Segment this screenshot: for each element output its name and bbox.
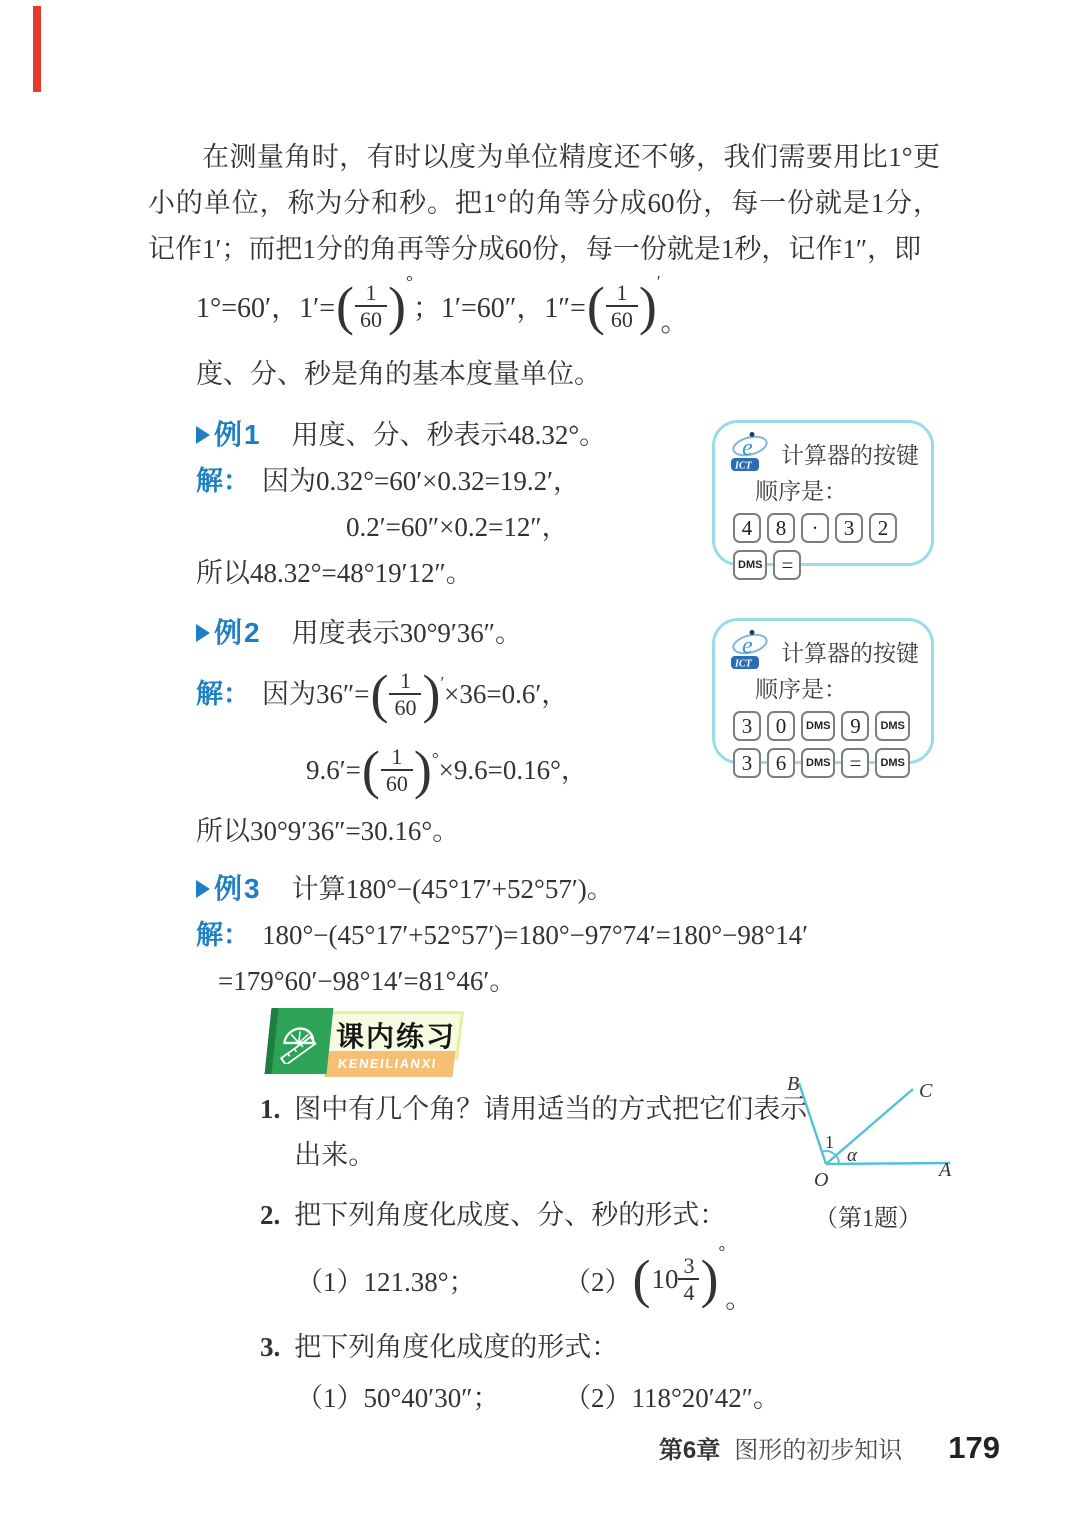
svg-text:e: e [742,435,753,461]
degree-superscript: ° [432,736,439,782]
problem-1-text: 图中有几个角？请用适当的方式把它们表示出来。 [294,1086,830,1178]
calc-key-dms: DMS [801,748,835,778]
practice-banner: KENEILIANXI 课内练习 [266,1006,476,1080]
degree-minute-second-formula: 1°=60′，1′= ( 1 60 ) ° ；1′=60″，1″= ( 1 60… [196,268,689,344]
calc-2-key-row-1: 3 0 DMS 9 DMS [733,711,921,741]
calc-key: 8 [767,513,795,543]
example-marker-icon [196,426,210,444]
example-3-label: 例3 [214,866,262,912]
problem-2: 2. 把下列角度化成度、分、秒的形式： [260,1192,830,1238]
calc-key: · [801,513,829,543]
point-label-C: C [919,1080,933,1102]
ray-OC [826,1089,913,1164]
calc-key: = [773,550,801,580]
example-2-label: 例2 [214,610,262,656]
footer-chapter: 第6章 [659,1430,720,1465]
calc-key: 2 [869,513,897,543]
open-paren: ( [362,746,380,795]
fraction-1-60: 1 60 [389,668,421,721]
figure-caption: （第1题） [793,1198,943,1233]
solution-label: 解： [196,671,250,717]
calc-key: 4 [733,513,761,543]
open-paren: ( [370,670,388,719]
textbook-page: 在测量角时，有时以度为单位精度还不够，我们需要用比1°更小的单位，称为分和秒。把… [0,0,1080,1528]
point-label-B: B [787,1073,799,1095]
intro-text: 在测量角时，有时以度为单位精度还不够，我们需要用比1°更小的单位，称为分和秒。把… [148,134,940,272]
close-paren: ) [388,282,406,331]
close-paren: ) [422,670,440,719]
protractor-icon [274,1018,325,1064]
ict-icon: e ICT [729,431,773,477]
problem-2-item-2-prefix: （2） [564,1260,632,1299]
footer-section-title: 图形的初步知识 [734,1430,902,1465]
problem-2-item-2-end: 。 [725,1277,752,1316]
example-1-solution-line-1: 解： 因为0.32°=60′×0.32=19.2′， [196,458,736,504]
example-1-solution-line-2: 0.2′=60″×0.2=12″， [196,504,736,550]
problem-3-item-2: （2）118°20′42″。 [564,1376,780,1415]
calc-1-key-row-2: DMS = [733,550,921,580]
example-marker-icon [196,880,210,898]
point-label-A: A [937,1159,952,1181]
calc-key: 3 [733,711,761,741]
calc-key: 9 [841,711,869,741]
units-sentence: 度、分、秒是角的基本度量单位。 [196,352,601,391]
example-2-solution-line-1: 解： 因为36″= ( 1 60 ) ′ ×36=0.6′， [196,656,736,732]
example-1-solution-line-3: 所以48.32°=48°19′12″。 [196,550,736,596]
problem-1: 1. 图中有几个角？请用适当的方式把它们表示出来。 [260,1086,830,1178]
example-marker-icon [196,624,210,642]
problem-3-text: 把下列角度化成度的形式： [294,1324,618,1370]
ray-OA [826,1163,950,1164]
degree-superscript: ° [406,272,413,292]
calc-heading-1: 计算器的按键 [781,437,919,470]
calc-key: 3 [733,748,761,778]
problem-2-subitems: （1）121.38°； （2） ( 10 3 4 ) ° 。 [296,1238,830,1320]
fraction-3-4: 3 4 [678,1253,699,1306]
problem-2-item-1: （1）121.38°； [296,1260,564,1299]
calc-key-dms: DMS [733,550,767,580]
svg-text:ICT: ICT [734,659,753,670]
formula-seg3: 。 [661,300,689,340]
example-2: 例2 用度表示30°9′36″。 解： 因为36″= ( 1 60 ) ′ ×3… [196,610,736,854]
example-3-title-line: 例3 计算180°−(45°17′+52°57′)。 [196,866,966,912]
example-1-label: 例1 [214,412,262,458]
example-1: 例1 用度、分、秒表示48.32°。 解： 因为0.32°=60′×0.32=1… [196,412,736,596]
calculator-hint-box-2: e ICT 计算器的按键 顺序是： 3 0 DMS 9 DMS 3 6 DMS … [712,618,934,764]
example-3-solution-line-2: =179°60′−98°14′=81°46′。 [196,958,966,1004]
svg-text:e: e [742,633,753,659]
solution-label: 解： [196,912,250,958]
calc-key: = [841,748,869,778]
problem-2-text: 把下列角度化成度、分、秒的形式： [294,1192,726,1238]
angle-label-alpha: α [847,1145,858,1166]
practice-problems: 1. 图中有几个角？请用适当的方式把它们表示出来。 2. 把下列角度化成度、分、… [260,1086,830,1420]
svg-text:ICT: ICT [734,461,753,472]
calc-key-dms: DMS [875,711,909,741]
example-2-solution-line-2: 9.6′= ( 1 60 ) ° ×9.6=0.16°， [196,732,736,808]
example-3-title: 计算180°−(45°17′+52°57′)。 [292,866,614,912]
problem-1-number: 1. [260,1086,280,1132]
intro-paragraph: 在测量角时，有时以度为单位精度还不够，我们需要用比1°更小的单位，称为分和秒。把… [148,134,940,272]
problem-2-number: 2. [260,1192,280,1238]
problem-3: 3. 把下列角度化成度的形式： [260,1324,830,1370]
angle-label-1: 1 [825,1132,834,1152]
degree-superscript: ° [718,1242,725,1262]
close-paren: ) [700,1255,718,1304]
example-3-solution-line-1: 解： 180°−(45°17′+52°57′)=180°−97°74′=180°… [196,912,966,958]
calculator-hint-box-1: e ICT 计算器的按键 顺序是： 4 8 · 3 2 DMS = [712,420,934,566]
calc-heading-2: 顺序是： [755,671,921,704]
formula-seg1: 1°=60′，1′= [196,286,335,326]
calc-heading-2: 顺序是： [755,473,921,506]
example-1-title: 用度、分、秒表示48.32°。 [292,412,607,458]
banner-green-block [265,1008,334,1074]
open-paren: ( [336,282,354,331]
solution-label: 解： [196,458,250,504]
fraction-1-60: 1 60 [606,280,638,333]
footer-page-number: 179 [948,1430,1000,1466]
problem-3-number: 3. [260,1324,280,1370]
calc-box-2-header: e ICT 计算器的按键 [729,629,921,675]
open-paren: ( [633,1255,651,1304]
example-2-solution-line-3: 所以30°9′36″=30.16°。 [196,808,736,854]
problem-3-subitems: （1）50°40′30″； （2）118°20′42″。 [296,1370,830,1420]
angle-figure: B C A O 1 α [783,1070,995,1202]
close-paren: ) [639,282,657,331]
calc-key: 3 [835,513,863,543]
calc-1-key-row-1: 4 8 · 3 2 [733,513,921,543]
minute-superscript: ′ [440,660,444,706]
formula-seg2: ；1′=60″，1″= [413,286,586,326]
example-2-title: 用度表示30°9′36″。 [292,610,522,656]
calc-key: 0 [767,711,795,741]
point-label-O: O [814,1169,828,1191]
calc-key: 6 [767,748,795,778]
open-paren: ( [587,282,605,331]
ict-icon: e ICT [729,629,773,675]
mixed-number-whole: 10 [651,1264,678,1295]
problem-3-item-1: （1）50°40′30″； [296,1376,564,1415]
minute-superscript: ′ [657,272,661,292]
fraction-1-60: 1 60 [381,744,413,797]
calc-key-dms: DMS [875,748,909,778]
practice-banner-title: 课内练习 [336,1015,456,1055]
calc-box-1-header: e ICT 计算器的按键 [729,431,921,477]
example-2-title-line: 例2 用度表示30°9′36″。 [196,610,736,656]
calc-2-key-row-2: 3 6 DMS = DMS [733,748,921,778]
page-footer: 第6章 图形的初步知识 179 [659,1430,1000,1466]
example-3: 例3 计算180°−(45°17′+52°57′)。 解： 180°−(45°1… [196,866,966,1004]
fraction-1-60: 1 60 [355,280,387,333]
close-paren: ) [414,746,432,795]
calc-heading-1: 计算器的按键 [781,635,919,668]
calc-key-dms: DMS [801,711,835,741]
print-registration-mark [33,6,41,92]
example-1-title-line: 例1 用度、分、秒表示48.32°。 [196,412,736,458]
